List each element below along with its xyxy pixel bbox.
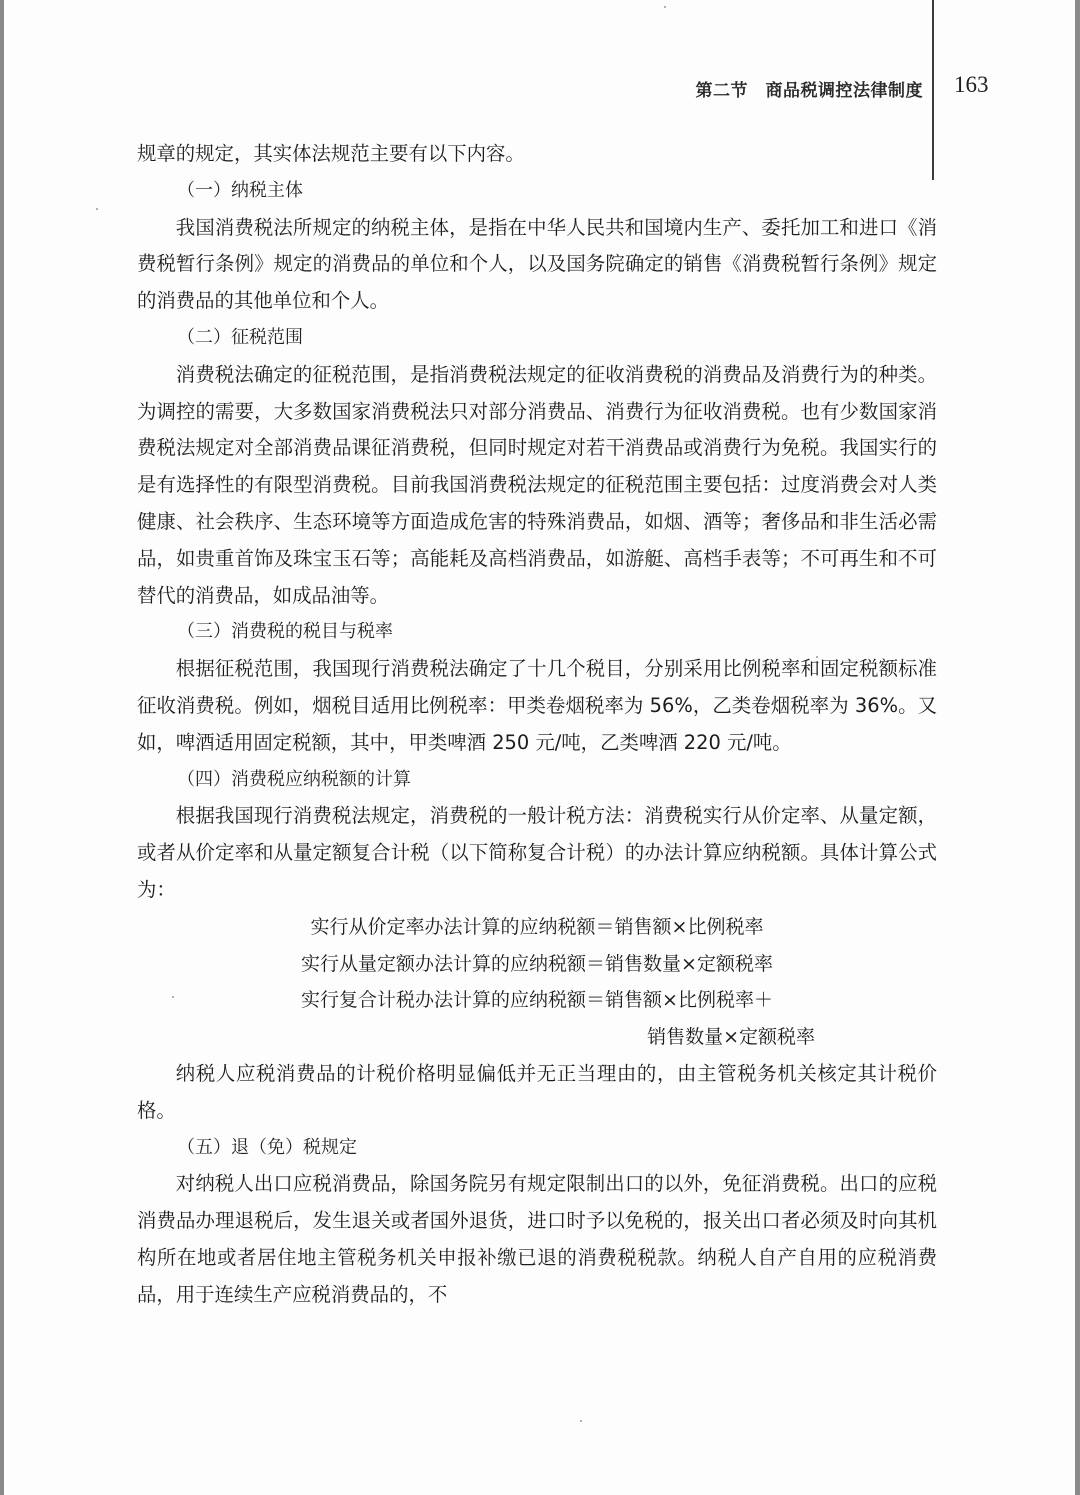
paragraph: 根据我国现行消费税法规定，消费税的一般计税方法：消费税实行从价定率、从量定额，或…: [137, 798, 937, 908]
paragraph: 我国消费税法所规定的纳税主体，是指在中华人民共和国境内生产、委托加工和进口《消费…: [137, 210, 937, 320]
scan-speck: [172, 996, 174, 998]
formula-specific: 实行从量定额办法计算的应纳税额＝销售数量×定额税率: [137, 946, 937, 983]
formula-compound: 实行复合计税办法计算的应纳税额＝销售额×比例税率＋: [137, 982, 937, 1019]
scan-speck: [816, 656, 818, 658]
heading-tax-items-rates: （三）消费税的税目与税率: [137, 614, 937, 651]
heading-taxpayer: （一）纳税主体: [137, 173, 937, 210]
heading-refund-exemption: （五）退（免）税规定: [137, 1130, 937, 1167]
scan-speck: [664, 6, 666, 8]
formula-ad-valorem: 实行从价定率办法计算的应纳税额＝销售额×比例税率: [137, 909, 937, 946]
paragraph: 纳税人应税消费品的计税价格明显偏低并无正当理由的，由主管税务机关核定其计税价格。: [137, 1056, 937, 1130]
heading-tax-calculation: （四）消费税应纳税额的计算: [137, 762, 937, 799]
page-number: 163: [954, 72, 989, 98]
paragraph: 根据征税范围，我国现行消费税法确定了十几个税目，分别采用比例税率和固定税额标准征…: [137, 651, 937, 761]
scan-speck: [580, 1420, 582, 1422]
paragraph: 对纳税人出口应税消费品，除国务院另有规定限制出口的以外，免征消费税。出口的应税消…: [137, 1166, 937, 1313]
running-header: 第二节 商品税调控法律制度 163: [4, 72, 1075, 104]
heading-scope: （二）征税范围: [137, 320, 937, 357]
book-page: 第二节 商品税调控法律制度 163 规章的规定，其实体法规范主要有以下内容。 （…: [4, 0, 1075, 1495]
section-title: 第二节 商品税调控法律制度: [696, 76, 924, 101]
body-text: 规章的规定，其实体法规范主要有以下内容。 （一）纳税主体 我国消费税法所规定的纳…: [137, 136, 937, 1314]
formula-compound-continued: 销售数量×定额税率: [137, 1019, 937, 1056]
intro-paragraph: 规章的规定，其实体法规范主要有以下内容。: [137, 136, 937, 173]
paragraph: 消费税法确定的征税范围，是指消费税法规定的征收消费税的消费品及消费行为的种类。为…: [137, 357, 937, 615]
scan-speck: [96, 208, 98, 210]
